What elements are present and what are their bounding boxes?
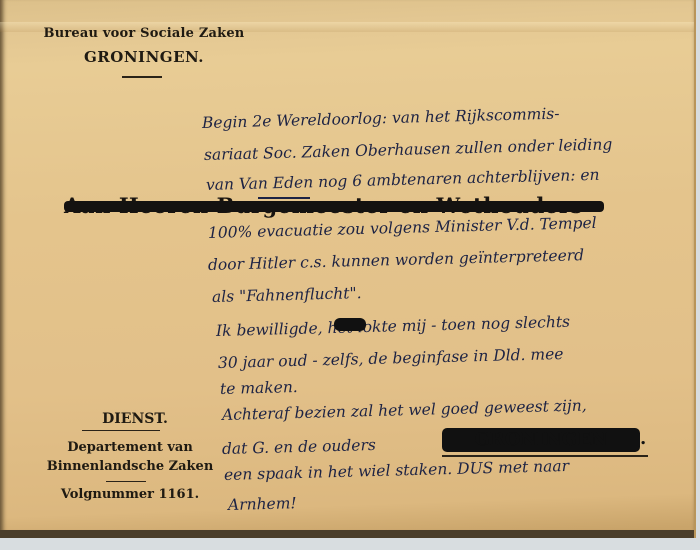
- handwritten-line-2: sariaat Soc. Zaken Oberhausen zullen ond…: [204, 135, 613, 164]
- handwritten-line-12: een spaak in het wiel staken. DUS met na…: [224, 457, 570, 484]
- service-underline: [82, 430, 160, 431]
- crossed-city-label: GRONINGEN: [442, 428, 640, 452]
- handwritten-line-6: als "Fahnenflucht".: [212, 284, 362, 306]
- sender-city: GRONINGEN.: [28, 48, 260, 66]
- department-divider: [106, 481, 146, 482]
- handwritten-line-7: Ik bewilligde, het lokte mij - toen nog …: [216, 313, 570, 340]
- handwritten-line-1: Begin 2e Wereldoorlog: van het Rijkscomm…: [202, 105, 560, 132]
- handwritten-line-11: dat G. en de ouders: [222, 436, 376, 458]
- handwritten-line-13: Arnhem!: [228, 494, 297, 514]
- handwritten-line-8: 30 jaar oud - zelfs, de beginfase in Dld…: [218, 345, 564, 372]
- sender-divider: [122, 76, 162, 78]
- addressee-strikethrough: [64, 201, 604, 212]
- handwritten-line-3: van Van Eden nog 6 ambtenaren achterblij…: [206, 166, 600, 194]
- sender-name: Bureau voor Sociale Zaken: [28, 26, 260, 41]
- crossed-city-dot: .: [640, 428, 646, 449]
- department-line-2: Binnenlandsche Zaken: [30, 459, 230, 474]
- redaction-mark: [334, 318, 366, 331]
- handwritten-line-4: 100% evacuatie zou volgens Minister V.d.…: [208, 214, 597, 242]
- envelope-bottom-edge: [0, 530, 694, 538]
- envelope: Bureau voor Sociale Zaken GRONINGEN. Beg…: [0, 0, 696, 538]
- handwritten-line-10: Achteraf bezien zal het wel goed geweest…: [222, 396, 587, 424]
- service-label: DIENST.: [60, 411, 210, 427]
- handwritten-line-5: door Hitler c.s. kunnen worden geïnterpr…: [208, 246, 585, 274]
- handwritten-line-9: te maken.: [220, 378, 298, 398]
- department-line-1: Departement van: [30, 440, 230, 455]
- serial-number: Volgnummer 1161.: [30, 487, 230, 502]
